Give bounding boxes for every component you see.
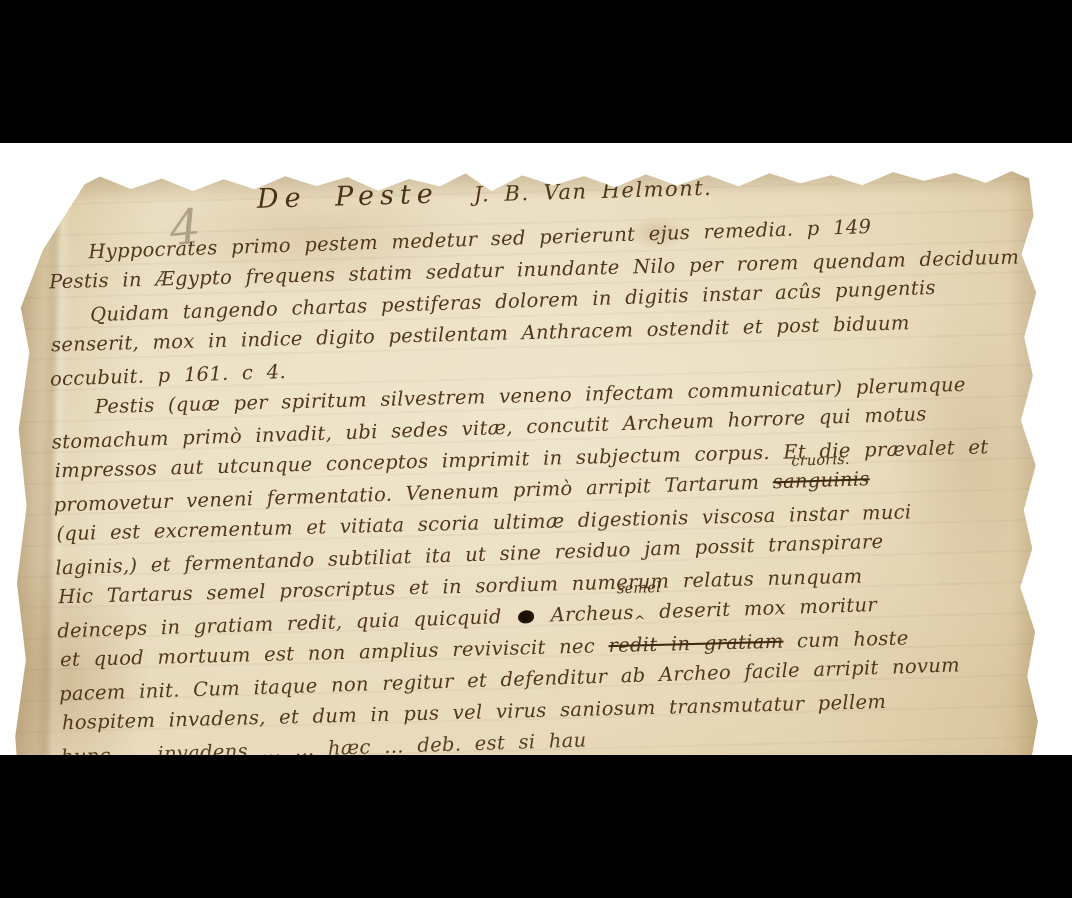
top-letterbox-bar (0, 0, 1072, 143)
bottom-letterbox-bar (0, 755, 1072, 898)
handwritten-text: cum hoste (783, 626, 909, 652)
handwritten-text: occubuit. p 161. c 4. (50, 360, 287, 391)
manuscript-author: J. B. Van Helmont. (473, 176, 712, 207)
manuscript-lines: Hyppocrates primo pestem medetur sed per… (46, 208, 1029, 755)
manuscript-photo-page: 4 De Peste J. B. Van Helmont. Hyppocrate… (0, 0, 1072, 898)
manuscript-paper: 4 De Peste J. B. Van Helmont. Hyppocrate… (7, 165, 1043, 755)
struck-through-text: redit in gratiam (608, 629, 784, 656)
interlinear-insertion: cruoris. (791, 453, 850, 469)
handwritten-text: Archeus (537, 601, 634, 627)
interlinear-insertion: semel (617, 581, 661, 596)
ink-blot-icon (518, 610, 534, 624)
manuscript-text: De Peste J. B. Van Helmont. Hyppocrates … (45, 162, 1029, 755)
caret-insertion: ^semel (633, 596, 646, 631)
manuscript-photo: 4 De Peste J. B. Van Helmont. Hyppocrate… (0, 143, 1072, 755)
manuscript-title: De Peste (256, 179, 439, 215)
struck-through-text: sanguiniscruoris. (772, 467, 870, 493)
handwritten-text: deserit mox moritur (645, 593, 877, 623)
